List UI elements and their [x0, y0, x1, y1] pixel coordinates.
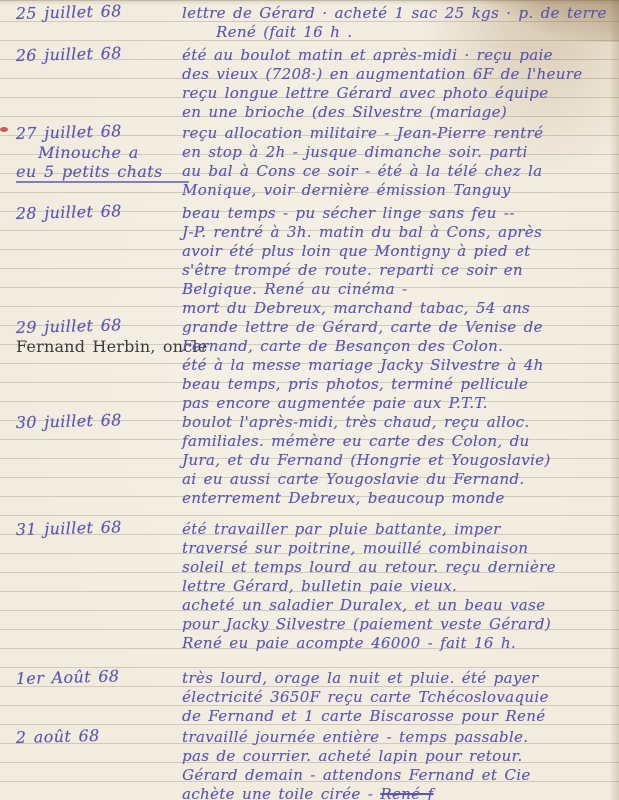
entry-line: beau temps, pris photos, terminé pellicu…: [182, 375, 619, 394]
entry-line: reçu longue lettre Gérard avec photo équ…: [182, 84, 619, 103]
entry-line: reçu allocation militaire - Jean-Pierre …: [182, 124, 619, 143]
entry-line: Jura, et du Fernand (Hongrie et Yougosla…: [182, 451, 619, 470]
diary-entry: 26 juillet 68 été au boulot matin et apr…: [0, 46, 619, 122]
margin-note: Fernand Herbin, oncle: [16, 337, 182, 356]
entry-line: J-P. rentré à 3h. matin du bal à Cons, a…: [182, 223, 619, 242]
entry-line: en une brioche (des Silvestre (mariage): [182, 103, 619, 122]
entry-line: avoir été plus loin que Montigny à pied …: [182, 242, 619, 261]
entry-date: 30 juillet 68: [16, 410, 122, 432]
diary-entries: 25 juillet 68 lettre de Gérard · acheté …: [0, 4, 619, 800]
entry-line: en stop à 2h - jusque dimanche soir. par…: [182, 143, 619, 162]
entry-line: Belgique. René au cinéma -: [182, 280, 619, 299]
entry-line: ai eu aussi carte Yougoslavie du Fernand…: [182, 470, 619, 489]
diary-entry: 27 juillet 68 Minouche a eu 5 petits cha…: [0, 124, 619, 200]
entry-line: des vieux (7208·) en augmentation 6F de …: [182, 65, 619, 84]
entry-line: s'être trompé de route. reparti ce soir …: [182, 261, 619, 280]
entry-line: été travailler par pluie battante, imper: [182, 520, 619, 539]
entry-line: pour Jacky Silvestre (paiement veste Gér…: [182, 615, 619, 634]
diary-page: 25 juillet 68 lettre de Gérard · acheté …: [0, 0, 619, 800]
entry-line: grande lettre de Gérard, carte de Venise…: [182, 318, 619, 337]
struck-text: René f: [380, 785, 433, 800]
entry-line: pas encore augmentée paie aux P.T.T.: [182, 394, 619, 413]
entry-line: au bal à Cons ce soir - été à la télé ch…: [182, 162, 619, 181]
entry-line: mort du Debreux, marchand tabac, 54 ans: [182, 299, 619, 318]
margin-note: Minouche a: [16, 143, 182, 162]
entry-date: 29 juillet 68: [16, 315, 122, 337]
entry-line: enterrement Debreux, beaucoup monde: [182, 489, 619, 508]
entry-line: familiales. mémère eu carte des Colon, d…: [182, 432, 619, 451]
entry-date: 2 août 68: [16, 726, 100, 747]
entry-line: travaillé journée entière - temps passab…: [182, 728, 619, 747]
diary-entry: 25 juillet 68 lettre de Gérard · acheté …: [0, 4, 619, 42]
diary-entry: 29 juillet 68 Fernand Herbin, oncle gran…: [0, 318, 619, 413]
entry-line: acheté un saladier Duralex, et un beau v…: [182, 596, 619, 615]
entry-line: Gérard demain - attendons Fernand et Cie: [182, 766, 619, 785]
diary-entry: 1er Août 68 très lourd, orage la nuit et…: [0, 669, 619, 726]
entry-line: Monique, voir dernière émission Tanguy: [182, 181, 619, 200]
entry-line: de Fernand et 1 carte Biscarosse pour Re…: [182, 707, 619, 726]
entry-date: 26 juillet 68: [16, 43, 122, 65]
entry-line: lettre Gérard, bulletin paie vieux.: [182, 577, 619, 596]
entry-line: achète une toile cirée - René f: [182, 785, 619, 800]
entry-line: boulot l'après-midi, très chaud, reçu al…: [182, 413, 619, 432]
entry-line: lettre de Gérard · acheté 1 sac 25 kgs ·…: [182, 4, 619, 23]
entry-date: 28 juillet 68: [16, 201, 122, 223]
entry-line: soleil et temps lourd au retour. reçu de…: [182, 558, 619, 577]
entry-line: été au boulot matin et après-midi · reçu…: [182, 46, 619, 65]
entry-date: 31 juillet 68: [16, 517, 122, 539]
entry-line: pas de courrier. acheté lapin pour retou…: [182, 747, 619, 766]
entry-date: 1er Août 68: [16, 666, 120, 688]
diary-entry: 31 juillet 68 été travailler par pluie b…: [0, 520, 619, 653]
entry-line: très lourd, orage la nuit et pluie. été …: [182, 669, 619, 688]
entry-date: 25 juillet 68: [16, 1, 122, 23]
margin-note: eu 5 petits chats: [16, 162, 189, 183]
entry-line: René eu paie acompte 46000 - fait 16 h.: [182, 634, 619, 653]
diary-entry: 28 juillet 68 beau temps - pu sécher lin…: [0, 204, 619, 318]
entry-line: traversé sur poitrine, mouillé combinais…: [182, 539, 619, 558]
entry-line: beau temps - pu sécher linge sans feu --: [182, 204, 619, 223]
diary-entry: 2 août 68 travaillé journée entière - te…: [0, 728, 619, 800]
diary-entry: 30 juillet 68 boulot l'après-midi, très …: [0, 413, 619, 508]
entry-line: électricité 3650F reçu carte Tchécoslova…: [182, 688, 619, 707]
entry-line: été à la messe mariage Jacky Silvestre à…: [182, 356, 619, 375]
entry-line: Fernand, carte de Besançon des Colon.: [182, 337, 619, 356]
entry-line: René (fait 16 h .: [182, 23, 619, 42]
entry-date: 27 juillet 68: [16, 121, 122, 143]
